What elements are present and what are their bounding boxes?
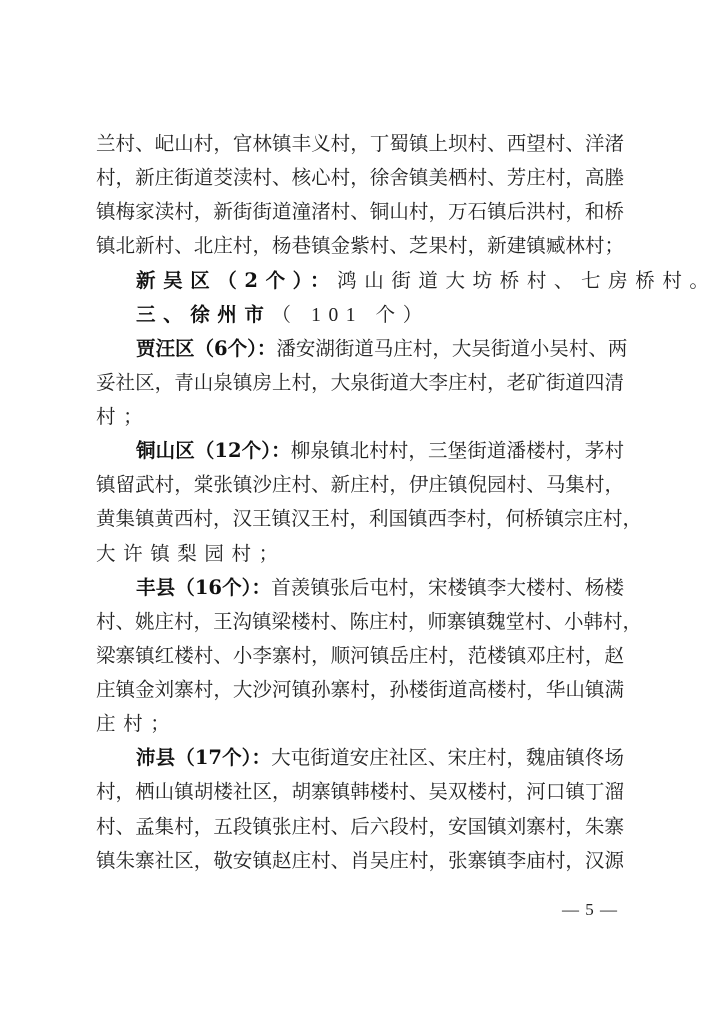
text-line: 黄集镇黄西村，汉王镇汉王村，利国镇西李村，何桥镇宗庄村，: [96, 502, 624, 536]
section-heading-count: （ 101 个）: [272, 305, 430, 326]
paragraph-fengxian: 丰县（16个）：首羡镇张后屯村，宋楼镇李大楼村、杨楼: [96, 571, 624, 605]
text-line: 梁寨镇红楼村、小李寨村，顺河镇岳庄村，范楼镇邓庄村，赵: [96, 639, 624, 673]
district-label-xinwu: 新吴区（2个）：: [136, 269, 337, 292]
district-label-tongshan: 铜山区（12个）：: [136, 439, 291, 462]
text-line: 妥社区，青山泉镇房上村，大泉街道大李庄村，老矿街道四清: [96, 366, 624, 400]
district-text-peixian: 大屯街道安庄社区、宋庄村，魏庙镇佟场: [271, 746, 624, 769]
section-heading-label: 三、徐州市: [136, 303, 272, 326]
district-text-fengxian: 首羡镇张后屯村，宋楼镇李大楼村、杨楼: [271, 576, 624, 599]
text-line: 大许镇梨园村；: [96, 537, 624, 571]
district-label-fengxian: 丰县（16个）：: [136, 576, 271, 599]
text-line: 村，新庄街道茭渎村、核心村，徐舍镇美栖村、芳庄村，高塍: [96, 161, 624, 195]
district-text-tongshan: 柳泉镇北村村，三堡街道潘楼村，茅村: [291, 439, 624, 462]
document-body: 兰村、屺山村，官林镇丰义村，丁蜀镇上坝村、西望村、洋渚 村，新庄街道茭渎村、核心…: [96, 127, 624, 878]
page-number: — 5 —: [562, 900, 618, 920]
text-line: 镇留武村，棠张镇沙庄村、新庄村，伊庄镇倪园村、马集村，: [96, 468, 624, 502]
text-line: 村、姚庄村，王沟镇梁楼村、陈庄村，师寨镇魏堂村、小韩村，: [96, 605, 624, 639]
text-line: 镇北新村、北庄村，杨巷镇金紫村、芝果村，新建镇臧林村；: [96, 229, 624, 263]
paragraph-peixian: 沛县（17个）：大屯街道安庄社区、宋庄村，魏庙镇佟场: [96, 741, 624, 775]
paragraph-tongshan: 铜山区（12个）：柳泉镇北村村，三堡街道潘楼村，茅村: [96, 434, 624, 468]
text-line: 村、孟集村，五段镇张庄村、后六段村，安国镇刘寨村，朱寨: [96, 810, 624, 844]
text-line: 庄镇金刘寨村，大沙河镇孙寨村，孙楼街道高楼村，华山镇满: [96, 673, 624, 707]
district-text-jiawang: 潘安湖街道马庄村，大吴街道小吴村、两: [276, 337, 627, 360]
paragraph-xinwu: 新吴区（2个）：鸿山街道大坊桥村、七房桥村。: [96, 264, 624, 298]
text-line: 兰村、屺山村，官林镇丰义村，丁蜀镇上坝村、西望村、洋渚: [96, 127, 624, 161]
text-line: 镇朱寨社区，敬安镇赵庄村、肖吴庄村，张寨镇李庙村，汉源: [96, 844, 624, 878]
section-heading-xuzhou: 三、徐州市（ 101 个）: [96, 298, 624, 332]
district-label-peixian: 沛县（17个）：: [136, 746, 271, 769]
text-line: 庄村；: [96, 707, 624, 741]
text-line: 村；: [96, 400, 624, 434]
text-line: 镇梅家渎村，新街街道潼渚村、铜山村，万石镇后洪村，和桥: [96, 195, 624, 229]
district-label-jiawang: 贾汪区（6个）：: [136, 337, 276, 360]
text-line: 村，栖山镇胡楼社区，胡寨镇韩楼村、吴双楼村，河口镇丁溜: [96, 775, 624, 809]
paragraph-jiawang: 贾汪区（6个）：潘安湖街道马庄村，大吴街道小吴村、两: [96, 332, 624, 366]
district-text-xinwu: 鸿山街道大坊桥村、七房桥村。: [337, 269, 716, 292]
